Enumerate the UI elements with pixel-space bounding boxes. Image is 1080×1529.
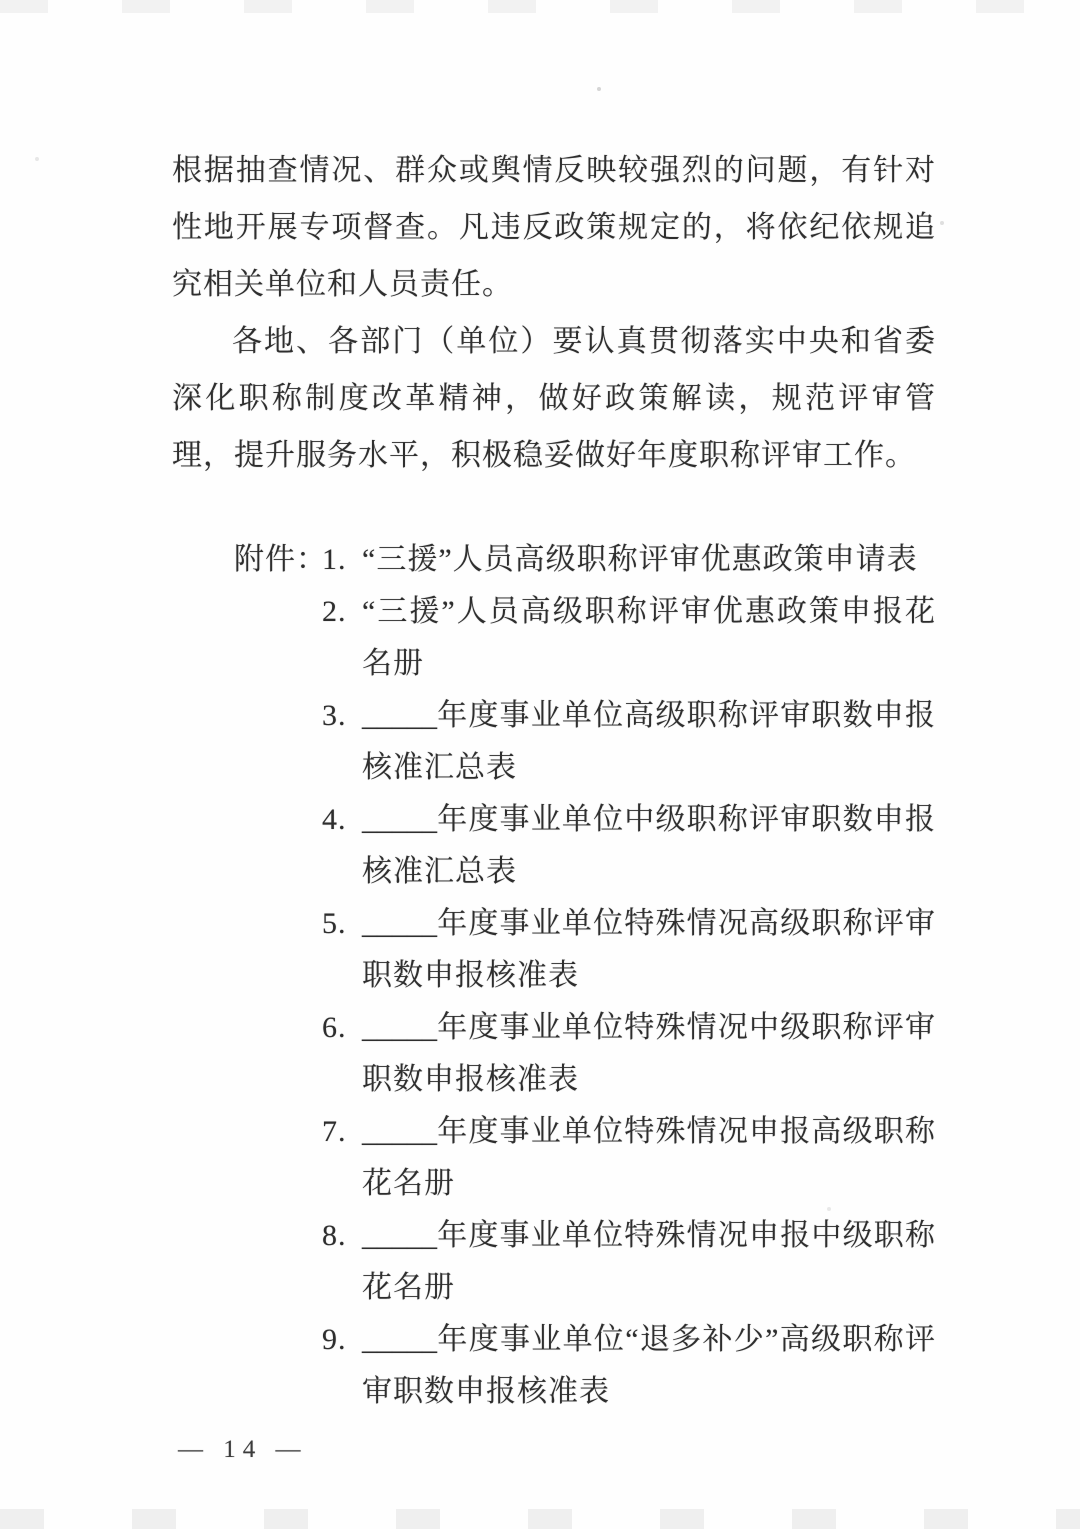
attachment-number: 4. [322,794,347,846]
scan-noise [0,0,2,2]
attachment-text: 年度事业单位特殊情况申报中级职称花名册 [362,1219,936,1304]
attachments-section: 附件： 1.“三援”人员高级职称评审优惠政策申请表 2.“三援”人员高级职称评审… [172,534,936,1418]
attachment-text: 年度事业单位特殊情况中级职称评审职数申报核准表 [362,1011,936,1096]
attachments-label: 附件： [234,534,322,586]
attachment-item: 9._____年度事业单位“退多补少”高级职称评审职数申报核准表 [322,1314,936,1418]
page-number: — 14 — [178,1436,308,1464]
attachment-item: 5._____年度事业单位特殊情况高级职称评审职数申报核准表 [322,898,936,1002]
attachment-text: 年度事业单位特殊情况申报高级职称花名册 [362,1115,936,1200]
body-paragraph-2: 各地、各部门（单位）要认真贯彻落实中央和省委深化职称制度改革精神，做好政策解读，… [172,313,936,484]
attachment-blank: _____ [362,699,437,732]
attachment-item: 7._____年度事业单位特殊情况申报高级职称花名册 [322,1106,936,1210]
attachment-number: 7. [322,1106,347,1158]
document-page: 根据抽查情况、群众或舆情反映较强烈的问题，有针对性地开展专项督查。凡违反政策规定… [0,0,1080,1529]
attachment-number: 1. [322,534,347,586]
attachment-blank: _____ [362,803,437,836]
scan-edge-bottom [0,1509,1080,1529]
attachment-text: 年度事业单位“退多补少”高级职称评审职数申报核准表 [362,1323,936,1408]
attachment-number: 8. [322,1210,347,1262]
body-paragraph-1: 根据抽查情况、群众或舆情反映较强烈的问题，有针对性地开展专项督查。凡违反政策规定… [172,142,936,313]
attachment-number: 9. [322,1314,347,1366]
attachment-text: “三援”人员高级职称评审优惠政策申报花名册 [362,595,936,680]
attachment-item: 6._____年度事业单位特殊情况中级职称评审职数申报核准表 [322,1002,936,1106]
scan-edge-top [0,0,1080,13]
attachments-list: 1.“三援”人员高级职称评审优惠政策申请表 2.“三援”人员高级职称评审优惠政策… [322,534,936,1418]
attachment-number: 2. [322,586,347,638]
attachment-text: 年度事业单位特殊情况高级职称评审职数申报核准表 [362,907,936,992]
attachment-blank: _____ [362,907,437,940]
attachment-text: “三援”人员高级职称评审优惠政策申请表 [362,543,918,576]
attachment-text: 年度事业单位高级职称评审职数申报核准汇总表 [362,699,936,784]
attachment-item: 1.“三援”人员高级职称评审优惠政策申请表 [322,534,936,586]
attachment-blank: _____ [362,1011,437,1044]
attachment-blank: _____ [362,1219,437,1252]
attachment-text: 年度事业单位中级职称评审职数申报核准汇总表 [362,803,936,888]
attachment-number: 3. [322,690,347,742]
attachment-item: 2.“三援”人员高级职称评审优惠政策申报花名册 [322,586,936,690]
document-content: 根据抽查情况、群众或舆情反映较强烈的问题，有针对性地开展专项督查。凡违反政策规定… [172,142,936,1418]
attachment-blank: _____ [362,1323,437,1356]
attachment-blank: _____ [362,1115,437,1148]
attachment-item: 3._____年度事业单位高级职称评审职数申报核准汇总表 [322,690,936,794]
attachment-number: 5. [322,898,347,950]
attachment-number: 6. [322,1002,347,1054]
attachment-item: 8._____年度事业单位特殊情况申报中级职称花名册 [322,1210,936,1314]
attachment-item: 4._____年度事业单位中级职称评审职数申报核准汇总表 [322,794,936,898]
